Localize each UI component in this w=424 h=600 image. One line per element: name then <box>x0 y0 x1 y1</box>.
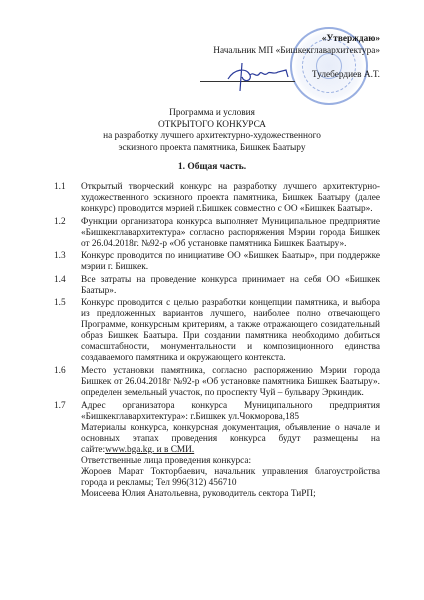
item-number: 1.1 <box>52 182 81 215</box>
item-number: 1.7 <box>52 401 81 500</box>
responsible-label: Ответственные лица проведения конкурса: <box>81 456 380 467</box>
responsible-person-2: Моисеева Юлия Анатольевна, руководитель … <box>81 489 380 500</box>
list-item: 1.4 Все затраты на проведение конкурса п… <box>52 275 380 297</box>
list-item: 1.5 Конкурс проводится с целью разработк… <box>52 298 380 364</box>
item-number: 1.3 <box>52 251 81 273</box>
item-text: Открытый творческий конкурс на разработк… <box>81 182 380 215</box>
item-text: Функции организатора конкурса выполняет … <box>81 217 380 250</box>
item-text: Все затраты на проведение конкурса прини… <box>81 275 380 297</box>
heading-line-1: Программа и условия <box>0 108 424 120</box>
list-item: 1.1 Открытый творческий конкурс на разра… <box>52 182 380 215</box>
item-text: Конкурс проводится с целью разработки ко… <box>81 298 380 364</box>
signature-row: Тулебердиев А.Т. <box>200 69 380 83</box>
list-item: 1.7 Адрес организатора конкурса Муниципа… <box>52 401 380 500</box>
item-number: 1.5 <box>52 298 81 364</box>
item-text: Конкурс проводится по инициативе ОО «Биш… <box>81 251 380 273</box>
approver-name: Тулебердиев А.Т. <box>312 70 380 80</box>
item-number: 1.2 <box>52 217 81 250</box>
item-number: 1.6 <box>52 366 81 399</box>
heading-line-2: ОТКРЫТОГО КОНКУРСА <box>0 120 424 132</box>
approval-position: Начальник МП «Бишкекглавархитектура» <box>213 45 380 57</box>
responsible-person-1: Жороев Марат Токторбаевич, начальник упр… <box>81 467 380 489</box>
document-heading: Программа и условия ОТКРЫТОГО КОНКУРСА н… <box>0 108 424 154</box>
item-list: 1.1 Открытый творческий конкурс на разра… <box>52 182 380 501</box>
item-number: 1.4 <box>52 275 81 297</box>
approval-title: «Утверждаю» <box>213 33 380 45</box>
document-page: «Утверждаю» Начальник МП «Бишкекглавархи… <box>0 0 424 600</box>
list-item: 1.6 Место установки памятника, согласно … <box>52 366 380 399</box>
heading-line-4: эскизного проекта памятника, Бишкек Баат… <box>0 143 424 155</box>
signature-icon <box>224 61 294 91</box>
list-item: 1.3 Конкурс проводится по инициативе ОО … <box>52 251 380 273</box>
materials-paragraph: Материалы конкурса, конкурсная документа… <box>81 423 380 456</box>
heading-line-3: на разработку лучшего архитектурно-худож… <box>0 131 424 143</box>
item-text: Адрес организатора конкурса Муниципально… <box>81 401 380 423</box>
list-item: 1.2 Функции организатора конкурса выполн… <box>52 217 380 250</box>
section-title: 1. Общая часть. <box>0 162 424 172</box>
item-text: Место установки памятника, согласно расп… <box>81 366 380 399</box>
approval-block: «Утверждаю» Начальник МП «Бишкекглавархи… <box>213 33 380 57</box>
website-link[interactable]: www.bga.kg. и в СМИ. <box>105 445 194 455</box>
item-body: Адрес организатора конкурса Муниципально… <box>81 401 380 500</box>
